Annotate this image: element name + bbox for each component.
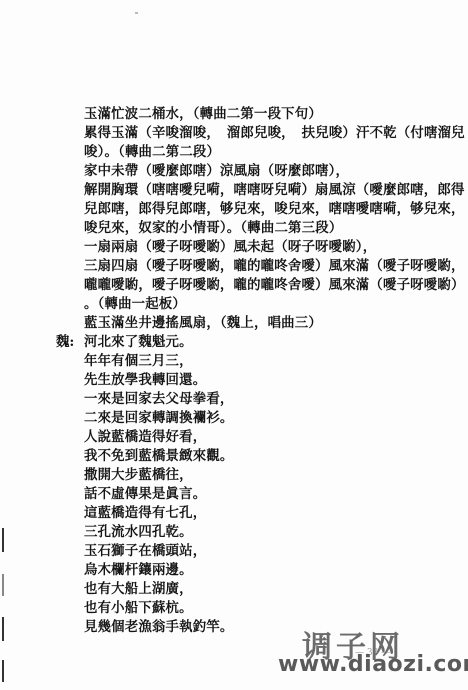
- verse-line: 也有大船上湖廣，: [84, 581, 193, 597]
- verse-line: 也有小船下蘇杭。: [84, 600, 193, 616]
- verse-line: 見幾個老漁翁手執釣竿。: [84, 619, 234, 635]
- verse-line: 二來是回家轉調換襴衫。: [84, 410, 234, 426]
- verse-line: 撒開大步藍橋往，: [84, 467, 193, 483]
- verse-line: 先生放學我轉回還。: [84, 372, 206, 388]
- text-line: 唆）。（轉曲二第二段）: [84, 144, 220, 160]
- verse-line: 河北來了魏魁元。: [84, 334, 193, 350]
- text-line: 兒郎嗐，郎得兒郎嗐，够兒來，唆兒來，嗐嗐噯嗐嗬，够兒來，: [84, 201, 465, 217]
- verse-line: 一來是回家去父母拳看，: [84, 391, 234, 407]
- text-line: 。（轉曲一起板）: [84, 296, 186, 312]
- speaker-label: 魏:: [56, 334, 74, 350]
- scan-margin-mark: [2, 660, 4, 682]
- verse-line: 玉石獅子在橋頭站，: [84, 543, 206, 559]
- verse-line: 話不虛傳果是眞言。: [84, 486, 206, 502]
- text-line: 解開胸環（嗐嗐噯兒嗬，嗐嗐呀兒嗬）扇風涼（噯麼郎嗐，郎得: [84, 182, 465, 198]
- text-line: 一扇兩扇（噯子呀噯喲）風未起（呀子呀噯喲），: [84, 239, 376, 255]
- scanned-page: 玉滿忙波二桶水，（轉曲二第一段下句） 累得玉滿（辛唆溜唆， 溜郎兒唆， 扶兒唆）…: [0, 0, 468, 690]
- verse-line: 烏木欄杆鑲兩邊。: [84, 562, 193, 578]
- watermark-url: www.diaozi.com: [278, 652, 468, 677]
- text-line: 家中未帶（噯麼郎嗐）涼風扇（呀麼郎嗐），: [84, 163, 349, 179]
- scan-margin-mark: [2, 617, 4, 641]
- scan-margin-mark: [2, 528, 4, 552]
- verse-line: 我不免到藍橋景緻來觀。: [84, 448, 234, 464]
- text-line: 藍玉滿坐井邊搖風扇，（魏上，唱曲三）: [84, 315, 322, 331]
- verse-line: 這藍橋造得有七孔，: [84, 505, 206, 521]
- text-line: 累得玉滿（辛唆溜唆， 溜郎兒唆， 扶兒唆）汗不乾（付嗐溜兒: [84, 125, 465, 141]
- text-line: 唆兒來，奴家的小情哥）。（轉曲二第三段）: [84, 220, 342, 236]
- scan-margin-mark: [2, 574, 4, 596]
- text-line: 玉滿忙波二桶水，（轉曲二第一段下句）: [84, 106, 322, 122]
- verse-line: 三孔流水四孔乾。: [84, 524, 193, 540]
- scan-speck: [135, 12, 138, 14]
- text-line: 三扇四扇（噯子呀噯喲，嚨的嚨咚舍噯）風來滿（噯子呀噯喲，: [84, 258, 465, 274]
- verse-line: 年年有個三月三，: [84, 353, 193, 369]
- text-line: 嚨嚨噯喲，噯子呀噯喲，嚨的嚨咚舍噯）風來滿（噯子呀噯喲）: [84, 277, 465, 293]
- verse-line: 人說藍橋造得好看，: [84, 429, 206, 445]
